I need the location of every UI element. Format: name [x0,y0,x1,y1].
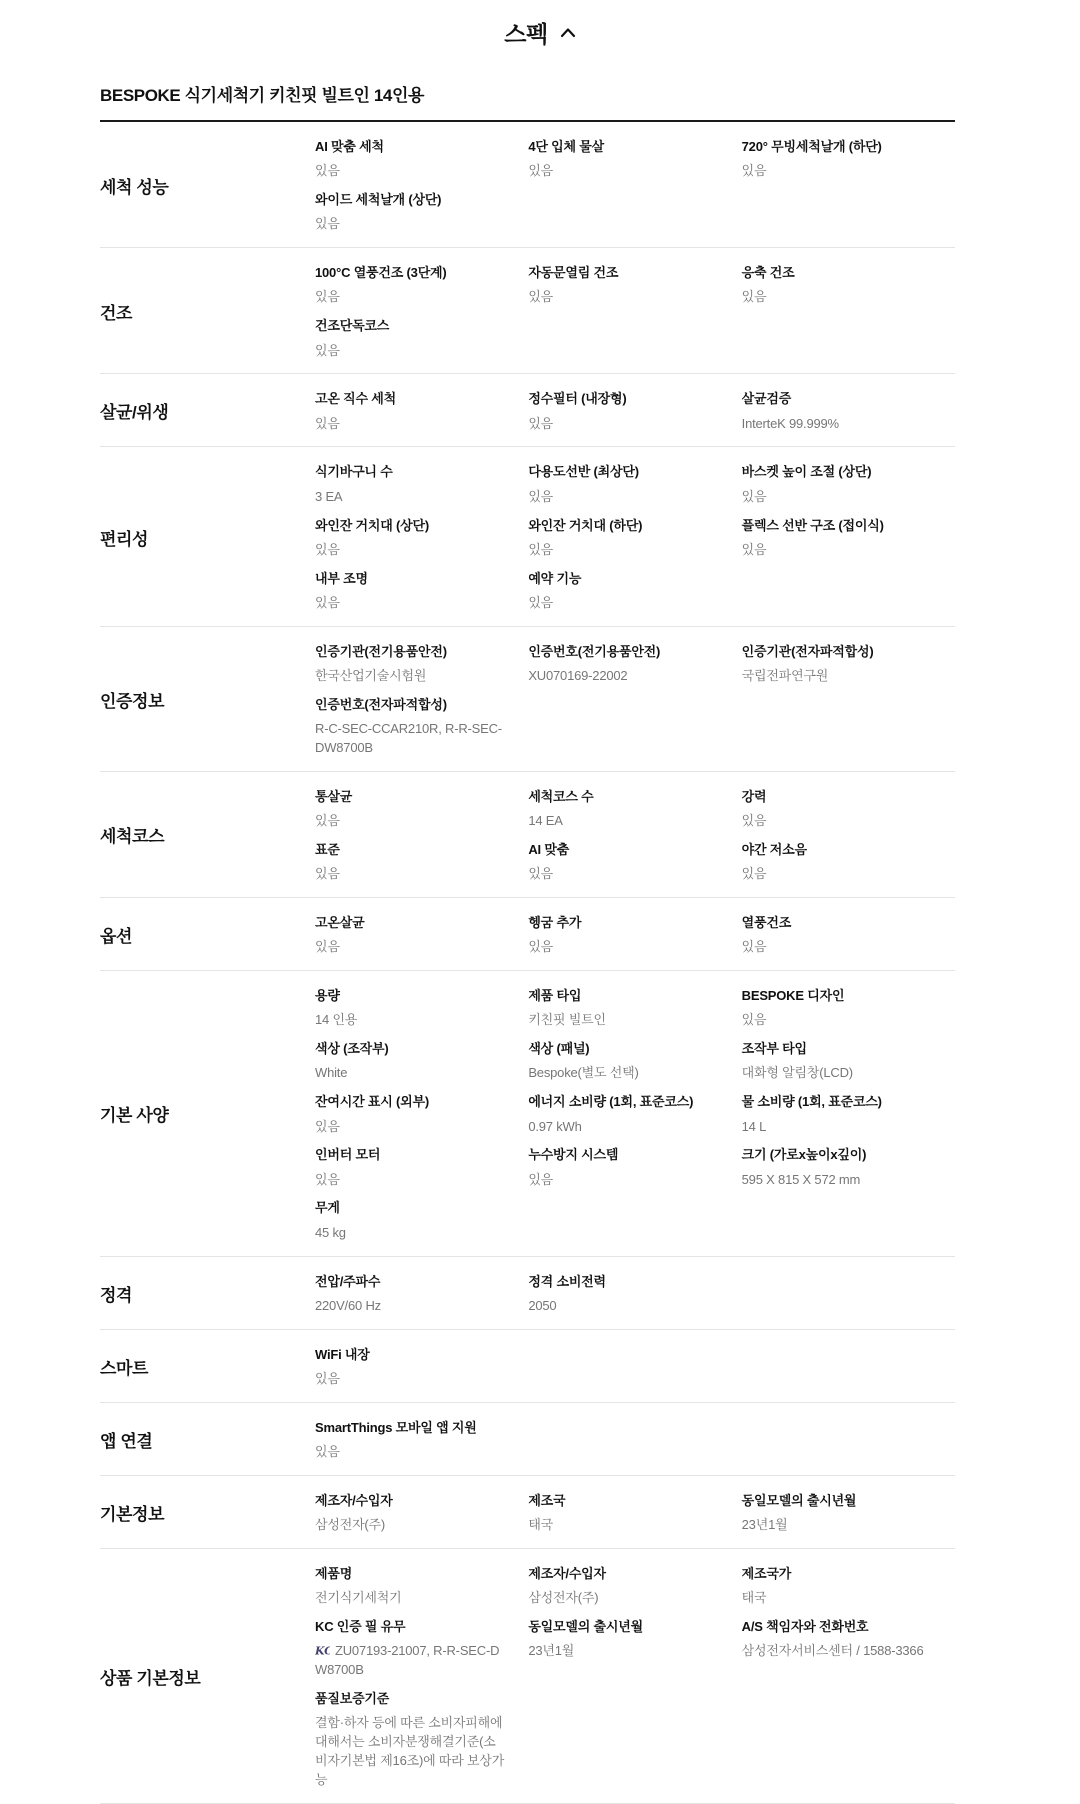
spec-item-value: 23년1월 [528,1642,717,1661]
spec-item: 다용도선반 (최상단)있음 [528,464,741,506]
spec-item: 인증번호(전기용품안전)XU070169-22002 [528,644,741,686]
spec-item: 4단 입체 물살있음 [528,139,741,181]
spec-item-value: 있음 [315,215,504,234]
spec-item-label: AI 맞춤 세척 [315,139,504,155]
spec-item-value: 삼성전자(주) [315,1516,504,1535]
spec-table-container: BESPOKE 식기세척기 키친핏 빌트인 14인용 세척 성능AI 맞춤 세척… [100,81,955,1804]
spec-item-label: 고온 직수 세척 [315,391,504,407]
spec-item-value: 있음 [528,594,717,613]
spec-section-8: 기본 사양용량14 인용제품 타입키친핏 빌트인BESPOKE 디자인있음색상 … [100,971,955,1256]
spec-items-grid: SmartThings 모바일 앱 지원있음 [315,1420,955,1473]
spec-item: 세척코스 수14 EA [528,789,741,831]
spec-item-label: 응축 건조 [742,265,931,281]
spec-item-value-text: ZU07193-21007, R-R-SEC-DW8700B [315,1643,499,1677]
spec-item: 와인잔 거치대 (하단)있음 [528,518,741,560]
spec-item-value: 있음 [528,162,717,181]
spec-item: 동일모델의 출시년월23년1월 [742,1493,955,1535]
spec-item-value: 45 kg [315,1224,504,1243]
spec-item-value: 있음 [315,1443,504,1462]
spec-category-label: 스마트 [100,1347,315,1400]
spec-item-label: 잔여시간 표시 (외부) [315,1094,504,1110]
spec-items-grid: 제품명전기식기세척기제조자/수입자삼성전자(주)제조국가태국KC 인증 필 유무… [315,1566,955,1801]
spec-item-label: 고온살균 [315,915,504,931]
spec-item-label: 살균검증 [742,391,931,407]
spec-category-label: 앱 연결 [100,1420,315,1473]
spec-item-label: 자동문열림 건조 [528,265,717,281]
spec-item: 건조단독코스있음 [315,318,528,360]
spec-item: 제조국태국 [528,1493,741,1535]
spec-category-label: 기본 사양 [100,988,315,1253]
spec-item-label: 4단 입체 물살 [528,139,717,155]
spec-item-value: 삼성전자서비스센터 / 1588-3366 [742,1642,931,1661]
spec-items-grid: 식기바구니 수3 EA다용도선반 (최상단)있음바스켓 높이 조절 (상단)있음… [315,464,955,623]
spec-item-label: 에너지 소비량 (1회, 표준코스) [528,1094,717,1110]
kc-mark-icon: KC [315,1644,330,1657]
spec-item: 헹굼 추가있음 [528,915,741,957]
spec-section-13: 상품 기본정보제품명전기식기세척기제조자/수입자삼성전자(주)제조국가태국KC … [100,1549,955,1804]
spec-items-grid: 전압/주파수220V/60 Hz정격 소비전력2050 [315,1274,955,1327]
spec-category-label: 살균/위생 [100,391,315,444]
spec-item: 품질보증기준결함·하자 등에 따른 소비자피해에 대해서는 소비자분쟁해결기준(… [315,1691,528,1790]
spec-item-label: WiFi 내장 [315,1347,504,1363]
spec-item: 통살균있음 [315,789,528,831]
spec-item-label: 건조단독코스 [315,318,504,334]
spec-item-label: 강력 [742,789,931,805]
spec-item: 표준있음 [315,842,528,884]
spec-accordion-toggle[interactable]: 스펙 [0,0,1080,59]
spec-item: AI 맞춤 세척있음 [315,139,528,181]
spec-item-label: 다용도선반 (최상단) [528,464,717,480]
spec-item-value: 한국산업기술시험원 [315,667,504,686]
svg-text:KC: KC [315,1645,330,1658]
spec-item: 누수방지 시스템있음 [528,1147,741,1189]
spec-item: 플렉스 선반 구조 (접이식)있음 [742,518,955,560]
spec-item-label: 정수필터 (내장형) [528,391,717,407]
spec-item: BESPOKE 디자인있음 [742,988,955,1030]
spec-item: 와인잔 거치대 (상단)있음 [315,518,528,560]
spec-item-label: 인버터 모터 [315,1147,504,1163]
spec-item-value: 있음 [528,938,717,957]
spec-item-value: 있음 [315,415,504,434]
spec-item: 응축 건조있음 [742,265,955,307]
spec-item: 제품 타입키친핏 빌트인 [528,988,741,1030]
spec-item-label: 누수방지 시스템 [528,1147,717,1163]
spec-items-grid: 용량14 인용제품 타입키친핏 빌트인BESPOKE 디자인있음색상 (조작부)… [315,988,955,1253]
spec-items-grid: 인증기관(전기용품안전)한국산업기술시험원인증번호(전기용품안전)XU07016… [315,644,955,769]
spec-item-value: 595 X 815 X 572 mm [742,1171,931,1190]
spec-item-value: R-C-SEC-CCAR210R, R-R-SEC-DW8700B [315,720,504,758]
spec-item-label: 전압/주파수 [315,1274,504,1290]
spec-item-value: 대화형 알림창(LCD) [742,1064,931,1083]
spec-item: 조작부 타입대화형 알림창(LCD) [742,1041,955,1083]
spec-item-value: 키친핏 빌트인 [528,1011,717,1030]
spec-section-5: 인증정보인증기관(전기용품안전)한국산업기술시험원인증번호(전기용품안전)XU0… [100,627,955,772]
spec-item-label: 제조자/수입자 [315,1493,504,1509]
spec-item-label: 인증번호(전자파적합성) [315,697,504,713]
spec-item: 에너지 소비량 (1회, 표준코스)0.97 kWh [528,1094,741,1136]
spec-item-value: InterteK 99.999% [742,415,931,434]
spec-item-label: AI 맞춤 [528,842,717,858]
spec-item: 720° 무빙세척날개 (하단)있음 [742,139,955,181]
spec-item: KC 인증 필 유무KCZU07193-21007, R-R-SEC-DW870… [315,1619,528,1680]
spec-item-value: 있음 [315,1118,504,1137]
spec-item-value: 있음 [315,342,504,361]
spec-item-label: 무게 [315,1200,504,1216]
spec-item-value: XU070169-22002 [528,667,717,686]
spec-category-label: 기본정보 [100,1493,315,1546]
spec-item-label: SmartThings 모바일 앱 지원 [315,1420,504,1436]
spec-item: 열풍건조있음 [742,915,955,957]
spec-item-label: 와인잔 거치대 (상단) [315,518,504,534]
spec-item-value: 국립전파연구원 [742,667,931,686]
spec-item: 제품명전기식기세척기 [315,1566,528,1608]
spec-item-value: 있음 [742,1011,931,1030]
spec-item-label: 플렉스 선반 구조 (접이식) [742,518,931,534]
spec-item-label: 내부 조명 [315,571,504,587]
spec-category-label: 편리성 [100,464,315,623]
spec-item-value: 있음 [315,162,504,181]
spec-item-value: 있음 [315,1370,504,1389]
chevron-up-icon [560,27,576,38]
spec-item-value: 23년1월 [742,1516,931,1535]
spec-item-value: 있음 [742,541,931,560]
spec-item-value: 있음 [528,488,717,507]
spec-category-label: 세척코스 [100,789,315,895]
spec-section-10: 스마트WiFi 내장있음 [100,1330,955,1403]
spec-item-label: 제조국가 [742,1566,931,1582]
spec-item-label: 물 소비량 (1회, 표준코스) [742,1094,931,1110]
spec-item: 동일모델의 출시년월23년1월 [528,1619,741,1680]
spec-item: 내부 조명있음 [315,571,528,613]
spec-items-grid: WiFi 내장있음 [315,1347,955,1400]
spec-item-value: 있음 [315,812,504,831]
spec-item-value: 있음 [528,415,717,434]
spec-item-label: 제품 타입 [528,988,717,1004]
spec-item: 강력있음 [742,789,955,831]
spec-item-label: 색상 (패널) [528,1041,717,1057]
spec-item-label: 열풍건조 [742,915,931,931]
spec-item-label: 와인잔 거치대 (하단) [528,518,717,534]
spec-section-4: 편리성식기바구니 수3 EA다용도선반 (최상단)있음바스켓 높이 조절 (상단… [100,447,955,626]
spec-item: 100°C 열풍건조 (3단계)있음 [315,265,528,307]
spec-item: 고온살균있음 [315,915,528,957]
spec-item-value: 있음 [742,865,931,884]
spec-item-label: 동일모델의 출시년월 [742,1493,931,1509]
spec-item-label: 크기 (가로x높이x깊이) [742,1147,931,1163]
spec-items-grid: 고온 직수 세척있음정수필터 (내장형)있음살균검증InterteK 99.99… [315,391,955,444]
spec-item-value: 있음 [742,938,931,957]
spec-items-grid: 제조자/수입자삼성전자(주)제조국태국동일모델의 출시년월23년1월 [315,1493,955,1546]
spec-item-value: 있음 [742,162,931,181]
spec-item: 자동문열림 건조있음 [528,265,741,307]
spec-item: 인증번호(전자파적합성)R-C-SEC-CCAR210R, R-R-SEC-DW… [315,697,528,758]
spec-item: 야간 저소음있음 [742,842,955,884]
spec-item: 물 소비량 (1회, 표준코스)14 L [742,1094,955,1136]
spec-item: 크기 (가로x높이x깊이)595 X 815 X 572 mm [742,1147,955,1189]
spec-section-1: 세척 성능AI 맞춤 세척있음4단 입체 물살있음720° 무빙세척날개 (하단… [100,122,955,248]
spec-item-value: 2050 [528,1297,717,1316]
spec-item: 인증기관(전기용품안전)한국산업기술시험원 [315,644,528,686]
spec-item: 예약 기능있음 [528,571,741,613]
spec-items-grid: 통살균있음세척코스 수14 EA강력있음표준있음AI 맞춤있음야간 저소음있음 [315,789,955,895]
spec-item: 잔여시간 표시 (외부)있음 [315,1094,528,1136]
spec-category-label: 인증정보 [100,644,315,769]
spec-item-label: 720° 무빙세척날개 (하단) [742,139,931,155]
spec-item-label: 품질보증기준 [315,1691,504,1707]
spec-item: 제조자/수입자삼성전자(주) [315,1493,528,1535]
spec-item-label: 야간 저소음 [742,842,931,858]
spec-item: WiFi 내장있음 [315,1347,528,1389]
spec-item: 무게45 kg [315,1200,528,1242]
spec-item: 제조자/수입자삼성전자(주) [528,1566,741,1608]
spec-item-value: White [315,1064,504,1083]
spec-item-label: 통살균 [315,789,504,805]
spec-item-label: 식기바구니 수 [315,464,504,480]
spec-item: 식기바구니 수3 EA [315,464,528,506]
spec-item-label: 정격 소비전력 [528,1274,717,1290]
spec-item-label: 제품명 [315,1566,504,1582]
spec-item-label: BESPOKE 디자인 [742,988,931,1004]
spec-item-value: 있음 [528,1171,717,1190]
spec-item: 색상 (패널)Bespoke(별도 선택) [528,1041,741,1083]
spec-item-value: 220V/60 Hz [315,1297,504,1316]
spec-item-label: 인증기관(전자파적합성) [742,644,931,660]
spec-item: A/S 책임자와 전화번호삼성전자서비스센터 / 1588-3366 [742,1619,955,1680]
spec-item-label: 100°C 열풍건조 (3단계) [315,265,504,281]
spec-item-label: 헹굼 추가 [528,915,717,931]
spec-items-grid: 100°C 열풍건조 (3단계)있음자동문열림 건조있음응축 건조있음건조단독코… [315,265,955,371]
spec-category-label: 건조 [100,265,315,371]
spec-item-label: 동일모델의 출시년월 [528,1619,717,1635]
spec-item-value: 있음 [528,288,717,307]
spec-item: 용량14 인용 [315,988,528,1030]
spec-section-7: 옵션고온살균있음헹굼 추가있음열풍건조있음 [100,898,955,971]
spec-category-label: 상품 기본정보 [100,1566,315,1801]
spec-item: 정수필터 (내장형)있음 [528,391,741,433]
spec-item-value: 있음 [315,594,504,613]
spec-item: 인버터 모터있음 [315,1147,528,1189]
spec-category-label: 정격 [100,1274,315,1327]
spec-item-value: 삼성전자(주) [528,1589,717,1608]
spec-section-11: 앱 연결SmartThings 모바일 앱 지원있음 [100,1403,955,1476]
spec-item: 전압/주파수220V/60 Hz [315,1274,528,1316]
spec-item-value: 14 EA [528,812,717,831]
spec-item-label: 색상 (조작부) [315,1041,504,1057]
spec-item-label: 예약 기능 [528,571,717,587]
spec-item-label: A/S 책임자와 전화번호 [742,1619,931,1635]
spec-category-label: 옵션 [100,915,315,968]
spec-item-label: 인증기관(전기용품안전) [315,644,504,660]
spec-item-value: 있음 [315,541,504,560]
spec-item-label: 인증번호(전기용품안전) [528,644,717,660]
product-name-heading: BESPOKE 식기세척기 키친핏 빌트인 14인용 [100,81,955,122]
spec-item-value: 있음 [742,812,931,831]
spec-item: 와이드 세척날개 (상단)있음 [315,192,528,234]
spec-item-value: 있음 [528,541,717,560]
spec-item-value: 결함·하자 등에 따른 소비자피해에 대해서는 소비자분쟁해결기준(소비자기본법… [315,1714,504,1789]
spec-category-label: 세척 성능 [100,139,315,245]
spec-item-value: 있음 [742,288,931,307]
spec-item-label: 용량 [315,988,504,1004]
spec-item-label: 바스켓 높이 조절 (상단) [742,464,931,480]
spec-item: 고온 직수 세척있음 [315,391,528,433]
spec-item-label: 와이드 세척날개 (상단) [315,192,504,208]
spec-items-grid: 고온살균있음헹굼 추가있음열풍건조있음 [315,915,955,968]
spec-item-label: KC 인증 필 유무 [315,1619,504,1635]
spec-item-value: 있음 [742,488,931,507]
spec-item-value: 있음 [315,865,504,884]
spec-item: 인증기관(전자파적합성)국립전파연구원 [742,644,955,686]
spec-item-value: 14 인용 [315,1011,504,1030]
spec-item-label: 제조자/수입자 [528,1566,717,1582]
spec-item-value: 있음 [315,288,504,307]
spec-item-value: 태국 [528,1516,717,1535]
spec-item-value: 있음 [315,938,504,957]
spec-item-value: Bespoke(별도 선택) [528,1064,717,1083]
spec-section-12: 기본정보제조자/수입자삼성전자(주)제조국태국동일모델의 출시년월23년1월 [100,1476,955,1549]
spec-item: 색상 (조작부)White [315,1041,528,1083]
spec-item-value: 0.97 kWh [528,1118,717,1137]
spec-section-3: 살균/위생고온 직수 세척있음정수필터 (내장형)있음살균검증InterteK … [100,374,955,447]
spec-item: 제조국가태국 [742,1566,955,1608]
spec-section-6: 세척코스통살균있음세척코스 수14 EA강력있음표준있음AI 맞춤있음야간 저소… [100,772,955,898]
spec-item: 바스켓 높이 조절 (상단)있음 [742,464,955,506]
spec-item-value: 14 L [742,1118,931,1137]
spec-item-label: 세척코스 수 [528,789,717,805]
spec-item: 정격 소비전력2050 [528,1274,741,1316]
spec-sections: 세척 성능AI 맞춤 세척있음4단 입체 물살있음720° 무빙세척날개 (하단… [100,122,955,1804]
spec-items-grid: AI 맞춤 세척있음4단 입체 물살있음720° 무빙세척날개 (하단)있음와이… [315,139,955,245]
spec-item-value: 있음 [315,1171,504,1190]
spec-section-title: 스펙 [504,16,547,49]
spec-item-value: 태국 [742,1589,931,1608]
spec-item-label: 조작부 타입 [742,1041,931,1057]
spec-section-9: 정격전압/주파수220V/60 Hz정격 소비전력2050 [100,1257,955,1330]
spec-item-label: 제조국 [528,1493,717,1509]
spec-item-value: KCZU07193-21007, R-R-SEC-DW8700B [315,1642,504,1680]
spec-item: SmartThings 모바일 앱 지원있음 [315,1420,528,1462]
spec-section-2: 건조100°C 열풍건조 (3단계)있음자동문열림 건조있음응축 건조있음건조단… [100,248,955,374]
spec-item-label: 표준 [315,842,504,858]
spec-item: AI 맞춤있음 [528,842,741,884]
spec-item-value: 전기식기세척기 [315,1589,504,1608]
spec-item-value: 있음 [528,865,717,884]
spec-item: 살균검증InterteK 99.999% [742,391,955,433]
spec-item-value: 3 EA [315,488,504,507]
